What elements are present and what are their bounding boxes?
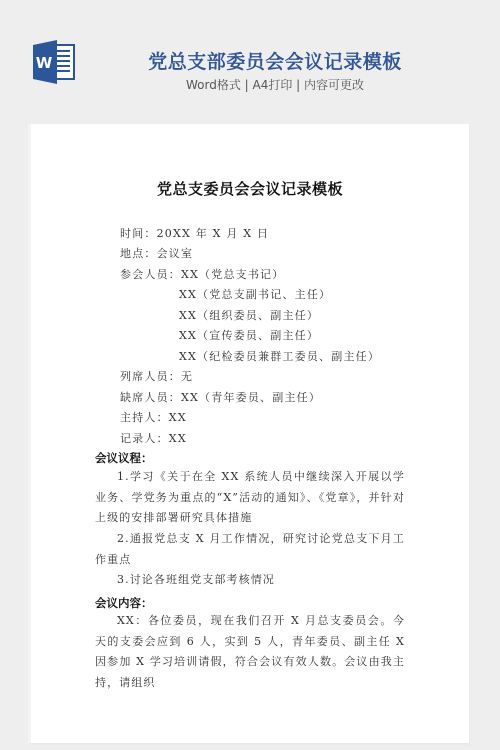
header-banner: W 党总支部委员会会议记录模板 Word格式 | A4打印 | 内容可更改	[0, 0, 500, 124]
attendee-item: XX（组织委员、副主任）	[179, 307, 319, 323]
content-paragraph: XX：各位委员，现在我们召开 X 月总支委员会。今天的支委会应到 6 人，实到 …	[95, 611, 405, 693]
agenda-item: 1.学习《关于在全 XX 系统人员中继续深入开展以学业务、学党务为重点的“X”活…	[95, 467, 405, 529]
meeting-time: 时间：20XX 年 X 月 X 日	[120, 225, 269, 241]
host-line: 主持人：XX	[120, 409, 187, 425]
page-title: 党总支部委员会会议记录模板	[140, 47, 410, 74]
attendee-item: XX（纪检委员兼群工委员、副主任）	[179, 348, 380, 364]
observers-line: 列席人员：无	[120, 368, 193, 384]
svg-text:W: W	[36, 54, 53, 72]
attendees-line: 参会人员：XX（党总支书记）	[120, 266, 284, 282]
meeting-place: 地点：会议室	[120, 245, 193, 261]
agenda-item: 2.通报党总支 X 月工作情况，研究讨论党总支下月工作重点	[95, 529, 405, 570]
agenda-item: 3.讨论各班组党支部考核情况	[95, 570, 405, 591]
attendee-item: XX（宣传委员、副主任）	[179, 327, 319, 343]
content-heading: 会议内容：	[95, 595, 153, 611]
format-subtitle: Word格式 | A4打印 | 内容可更改	[140, 76, 410, 93]
word-document-icon: W	[31, 40, 77, 84]
recorder-line: 记录人：XX	[120, 430, 187, 446]
absent-line: 缺席人员：XX（青年委员、副主任）	[120, 389, 321, 405]
attendee-item: XX（党总支副书记、主任）	[179, 286, 331, 302]
document-title: 党总支委员会会议记录模板	[31, 178, 469, 199]
document-page: 党总支委员会会议记录模板 时间：20XX 年 X 月 X 日 地点：会议室 参会…	[31, 124, 469, 743]
agenda-heading: 会议议程：	[95, 450, 153, 466]
